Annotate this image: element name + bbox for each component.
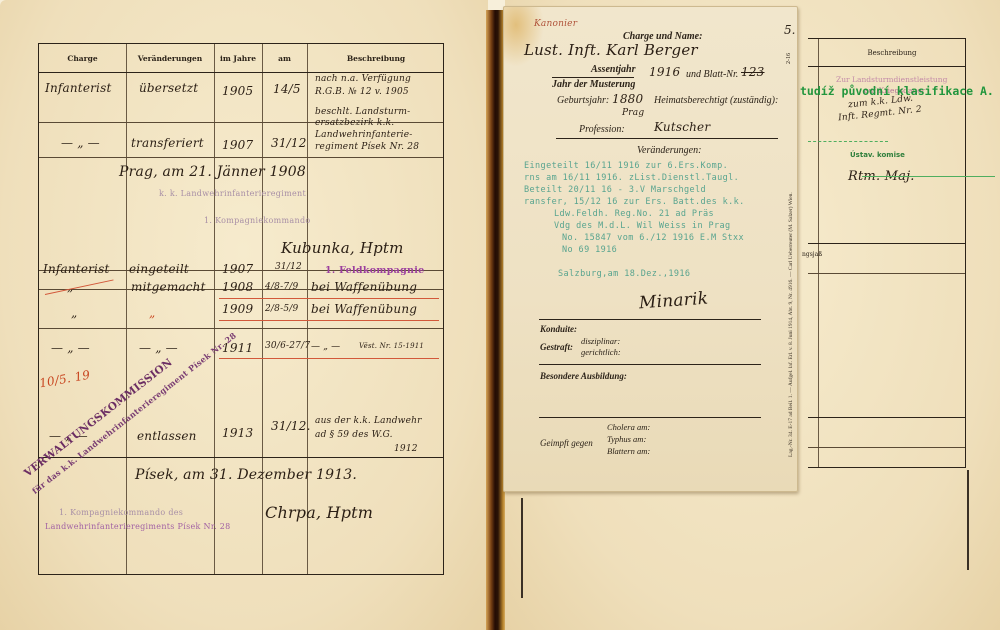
stamp-landwehr-line1: k. k. Landwehrinfanterieregiment	[159, 189, 306, 198]
row2-change: transferiert	[131, 136, 204, 150]
row6-desc-2: Věst. Nr. 15-1911	[359, 342, 424, 350]
profession-label: Profession:	[579, 124, 625, 135]
row2-desc-1: beschlt. Landsturm-	[315, 107, 410, 117]
judicial-label: gerichtlich:	[581, 347, 621, 357]
row2-year: 1907	[222, 138, 253, 152]
typed-place-date: Salzburg,am 18.Dez.,1916	[558, 269, 690, 279]
red-strike	[45, 279, 114, 295]
header-charge: Charge	[39, 44, 126, 72]
stamp-kompagnie-line1: 1. Kompagniekommando des	[59, 508, 183, 517]
row5-date: 2/8-5/9	[265, 304, 298, 314]
row2-date: 31/12	[271, 136, 307, 150]
row4-desc: bei Waffenübung	[311, 280, 417, 294]
column-divider	[307, 44, 308, 574]
row6-change: — „ —	[139, 341, 178, 355]
red-strike	[219, 358, 439, 359]
typed-line-1: Eingeteilt 16/11 1916 zur 6.Ers.Komp.	[524, 161, 728, 171]
row4-year: 1908	[222, 280, 253, 294]
green-rule	[862, 176, 995, 177]
header-date: am	[262, 44, 307, 72]
row-rule	[39, 457, 443, 458]
card-signature: Minarik	[638, 289, 708, 314]
smallpox-label: Blattern am:	[607, 446, 650, 456]
row2-desc-2: ersatzbezirk k.k.	[315, 118, 394, 128]
row3-change: eingeteilt	[129, 262, 189, 276]
profession-value: Kutscher	[654, 120, 710, 134]
printer-imprint: Lag.-Nr. 34. E-17 ad Beil. 1. — Aufgel. …	[788, 27, 798, 457]
typhus-label: Typhus am:	[607, 434, 646, 444]
left-column-rule	[521, 498, 523, 598]
charge-value: Lust. Inft. Karl Berger	[524, 41, 698, 59]
cholera-label: Cholera am:	[607, 422, 650, 432]
row3-charge: Infanterist	[43, 262, 109, 276]
row5-desc: bei Waffenübung	[311, 302, 417, 316]
blatt-value: 123	[741, 65, 765, 79]
header-changes: Veränderungen	[126, 44, 214, 72]
row6-desc-1: — „ —	[311, 342, 340, 352]
typed-line-4: ransfer, 15/12 16 zur Ers. Batt.des k.k.	[524, 197, 745, 207]
typed-line-7: No. 15847 vom 6./12 1916 E.M Stxx	[562, 233, 744, 243]
left-ledger-table: Charge Veränderungen im Jahre am Beschre…	[38, 43, 444, 575]
stamp-landsturm-line1: Zur Landsturmdienstleistung	[836, 75, 947, 84]
typed-line-2: rns am 16/11 1916. zList.Dienstl.Taugl.	[524, 173, 739, 183]
row3-date: 31/12	[275, 262, 302, 272]
typed-line-6: Vdg des M.d.L. Wil Weiss in Prag	[554, 221, 731, 231]
row7-desc-2: ad § 59 des W.G.	[315, 430, 393, 440]
row-rule	[39, 157, 443, 158]
row1-date: 14/5	[273, 82, 301, 96]
rule	[556, 138, 778, 139]
row3-year: 1907	[222, 262, 253, 276]
rank-crossed: Kanonier	[534, 19, 577, 29]
header-year: im Jahre	[214, 44, 262, 72]
changes-label: Veränderungen:	[637, 145, 701, 156]
row-rule	[808, 447, 965, 448]
stamp-feldkompagnie: 1. Feldkompagnie	[325, 265, 425, 276]
row6-charge: — „ —	[51, 341, 90, 355]
place-date-prag: Prag, am 21. Jänner 1908	[119, 164, 306, 180]
rule	[539, 364, 761, 365]
green-rule	[808, 141, 888, 142]
row-rule	[39, 328, 443, 329]
row2-desc-4: regiment Písek Nr. 28	[315, 142, 419, 152]
rule	[539, 417, 761, 418]
punished-label: Gestraft:	[540, 342, 573, 352]
fraction-rule	[552, 77, 634, 78]
row7-change: entlassen	[137, 429, 197, 443]
record-card: Kanonier Charge und Name: 5. Lust. Inft.…	[503, 6, 798, 492]
rule	[539, 319, 761, 320]
row1-desc-1: nach n.a. Verfügung	[315, 74, 411, 84]
row5-change: „	[149, 306, 155, 320]
row-rule	[808, 243, 965, 244]
right-ledger-table: Beschreibung Zur Landsturmdienstleistung…	[808, 38, 966, 468]
row7-date: 31/12.	[271, 419, 311, 433]
row-rule	[808, 417, 965, 418]
red-strike	[219, 298, 439, 299]
disciplinary-label: disziplinar:	[581, 336, 620, 346]
column-divider	[126, 44, 127, 574]
row7-year: 1913	[222, 426, 253, 440]
assent-label: Assentjahr	[591, 64, 635, 75]
row1-charge: Infanterist	[45, 81, 111, 95]
red-strike	[219, 320, 439, 321]
header-description: Beschreibung	[307, 44, 445, 72]
header-description-right: Beschreibung	[818, 39, 966, 67]
row-rule	[808, 273, 965, 274]
column-divider	[214, 44, 215, 574]
stamp-kompagnie-line2: Landwehrinfanterieregiments Písek Nr. 28	[45, 522, 231, 531]
typed-line-3: Beteilt 20/11 16 - 3.V Marschgeld	[524, 185, 706, 195]
birth-value: 1880	[612, 92, 643, 106]
green-typed-classification: tudíž původní klasifikace A.	[800, 84, 994, 98]
column-divider	[262, 44, 263, 574]
row1-change: übersetzt	[139, 81, 198, 95]
row5-year: 1909	[222, 302, 253, 316]
home-value: Prag	[622, 108, 644, 118]
row1-year: 1905	[222, 84, 253, 98]
row4-date: 4/8-7/9	[265, 282, 298, 292]
muster-label: Jahr der Musterung	[552, 79, 635, 90]
blatt-label: und Blatt-Nr.	[686, 69, 738, 80]
footer-fragment: ngsjaß	[802, 251, 822, 258]
year-value: 1916	[649, 65, 680, 79]
green-stamp: Ústav. komise	[850, 151, 905, 159]
row7-desc-1: aus der k.k. Landwehr	[315, 416, 422, 426]
row1-desc-2: R.G.B. № 12 v. 1905	[315, 87, 409, 97]
typed-line-8: No 69 1916	[562, 245, 617, 255]
conduct-label: Konduite:	[540, 324, 577, 334]
red-date-annotation: 10/5. 19	[38, 368, 91, 391]
typed-line-5: Ldw.Feldh. Reg.No. 21 ad Präs	[554, 209, 714, 219]
signature-chrpa: Chrpa, Hptm	[265, 503, 373, 522]
row4-change: mitgemacht	[131, 280, 206, 294]
row7-desc-3: 1912	[394, 444, 418, 454]
row6-date: 30/6-27/7	[265, 341, 310, 351]
row2-desc-3: Landwehrinfanterie-	[315, 130, 413, 140]
birth-label: Geburtsjahr:	[557, 95, 609, 106]
home-label: Heimatsberechtigt (zuständig):	[654, 95, 778, 106]
place-date-pisek: Písek, am 31. Dezember 1913.	[135, 467, 357, 483]
right-column-rule	[967, 470, 969, 570]
training-label: Besondere Ausbildung:	[540, 371, 627, 381]
left-page: Charge Veränderungen im Jahre am Beschre…	[0, 0, 488, 630]
header-rule	[808, 66, 965, 67]
row5-charge: „	[71, 306, 77, 320]
header-rule	[39, 72, 443, 73]
signature-kubunka: Kubunka, Hptm	[281, 239, 404, 257]
row2-charge: — „ —	[61, 136, 100, 150]
vaccinated-label: Geimpft gegen	[540, 438, 593, 448]
stamp-landwehr-line2: 1. Kompagniekommando	[204, 216, 311, 225]
